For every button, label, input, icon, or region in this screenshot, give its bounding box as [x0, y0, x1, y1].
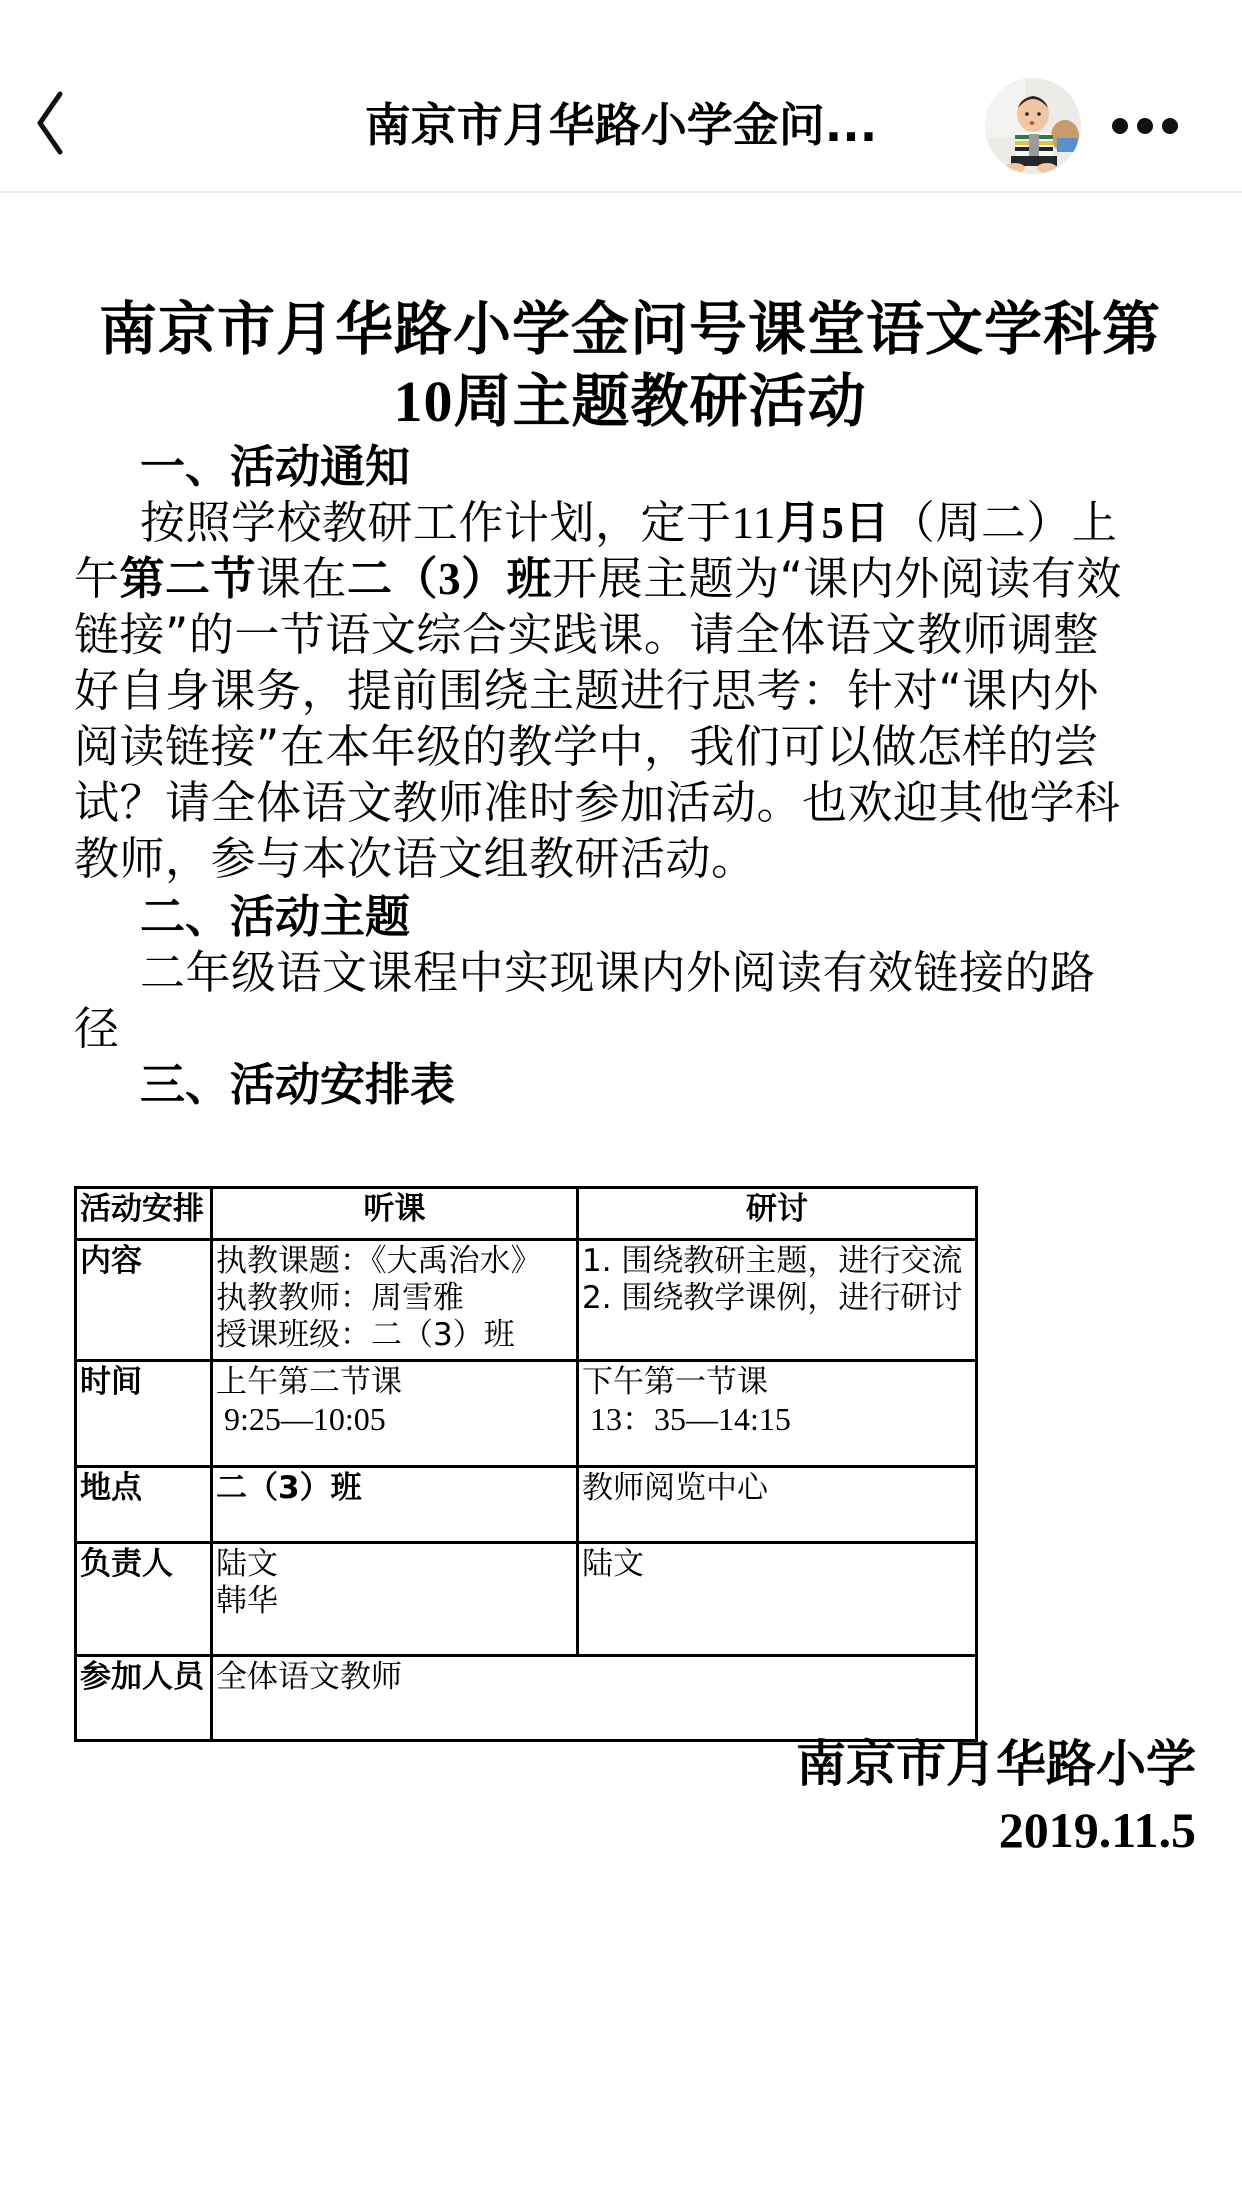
title-line-1: 南京市月华路小学金问号课堂语文学科第 [60, 293, 1200, 365]
notice-paragraph: 按照学校教研工作计划，定于11月5日（周二）上 午第二节课在二（3）班开展主题为… [74, 495, 1204, 887]
table-header-cell: 听课 [212, 1188, 578, 1240]
row-label: 负责人 [76, 1543, 212, 1656]
section-heading-theme: 二、活动主题 [140, 889, 410, 945]
baby-avatar-image [985, 78, 1081, 174]
schedule-table: 活动安排 听课 研讨 内容 执教课题：《大禹治水》 执教教师：周雪雅 授课班级：… [74, 1186, 978, 1742]
table-cell: 陆文 [578, 1543, 977, 1656]
table-cell: 下午第一节课 13：35—14:15 [578, 1361, 977, 1467]
theme-paragraph: 二年级语文课程中实现课内外阅读有效链接的路 径 [74, 945, 1204, 1057]
section-heading-schedule: 三、活动安排表 [140, 1057, 455, 1113]
table-cell: 陆文 韩华 [212, 1543, 578, 1656]
table-row: 内容 执教课题：《大禹治水》 执教教师：周雪雅 授课班级：二（3）班 1. 围绕… [76, 1240, 977, 1361]
back-button[interactable] [30, 88, 90, 158]
title-line-2: 10周主题教研活动 [60, 365, 1200, 438]
paragraph-line: 二年级语文课程中实现课内外阅读有效链接的路 [74, 945, 1204, 1001]
paragraph-line: 按照学校教研工作计划，定于11月5日（周二）上 [74, 495, 1204, 551]
table-cell: 上午第二节课 9:25—10:05 [212, 1361, 578, 1467]
signature-organization: 南京市月华路小学 [796, 1733, 1196, 1795]
row-label: 时间 [76, 1361, 212, 1467]
more-dot-icon [1137, 118, 1153, 134]
table-cell: 二（3）班 [212, 1467, 578, 1543]
table-cell: 教师阅览中心 [578, 1467, 977, 1543]
table-row: 时间 上午第二节课 9:25—10:05 下午第一节课 13：35—14:15 [76, 1361, 977, 1467]
nav-title: 南京市月华路小学金问... [290, 95, 952, 155]
table-cell: 全体语文教师 [212, 1656, 977, 1741]
more-button[interactable] [1108, 105, 1182, 145]
more-dot-icon [1162, 118, 1178, 134]
paragraph-line: 试？请全体语文教师准时参加活动。也欢迎其他学科 [74, 775, 1204, 831]
more-dot-icon [1112, 118, 1128, 134]
paragraph-line: 径 [74, 1001, 1204, 1057]
row-label: 地点 [76, 1467, 212, 1543]
table-cell: 1. 围绕教研主题，进行交流 2. 围绕教学课例，进行研讨 [578, 1240, 977, 1361]
document-title: 南京市月华路小学金问号课堂语文学科第 10周主题教研活动 [60, 293, 1200, 438]
paragraph-line: 教师，参与本次语文组教研活动。 [74, 831, 1204, 887]
row-label: 内容 [76, 1240, 212, 1361]
table-row: 参加人员 全体语文教师 [76, 1656, 977, 1741]
paragraph-line: 午第二节课在二（3）班开展主题为“课内外阅读有效 [74, 551, 1204, 607]
row-label: 参加人员 [76, 1656, 212, 1741]
signature-date: 2019.11.5 [999, 1799, 1196, 1861]
table-row: 负责人 陆文 韩华 陆文 [76, 1543, 977, 1656]
nav-bar: 南京市月华路小学金问... [0, 0, 1242, 193]
paragraph-line: 好自身课务，提前围绕主题进行思考：针对“课内外 [74, 663, 1204, 719]
paragraph-line: 链接”的一节语文综合实践课。请全体语文教师调整 [74, 607, 1204, 663]
table-header-cell: 活动安排 [76, 1188, 212, 1240]
table-row: 地点 二（3）班 教师阅览中心 [76, 1467, 977, 1543]
chevron-left-icon [30, 88, 90, 158]
table-header-row: 活动安排 听课 研讨 [76, 1188, 977, 1240]
avatar[interactable] [985, 78, 1081, 174]
section-heading-notice: 一、活动通知 [140, 439, 410, 495]
table-cell: 执教课题：《大禹治水》 执教教师：周雪雅 授课班级：二（3）班 [212, 1240, 578, 1361]
table-header-cell: 研讨 [578, 1188, 977, 1240]
paragraph-line: 阅读链接”在本年级的教学中，我们可以做怎样的尝 [74, 719, 1204, 775]
